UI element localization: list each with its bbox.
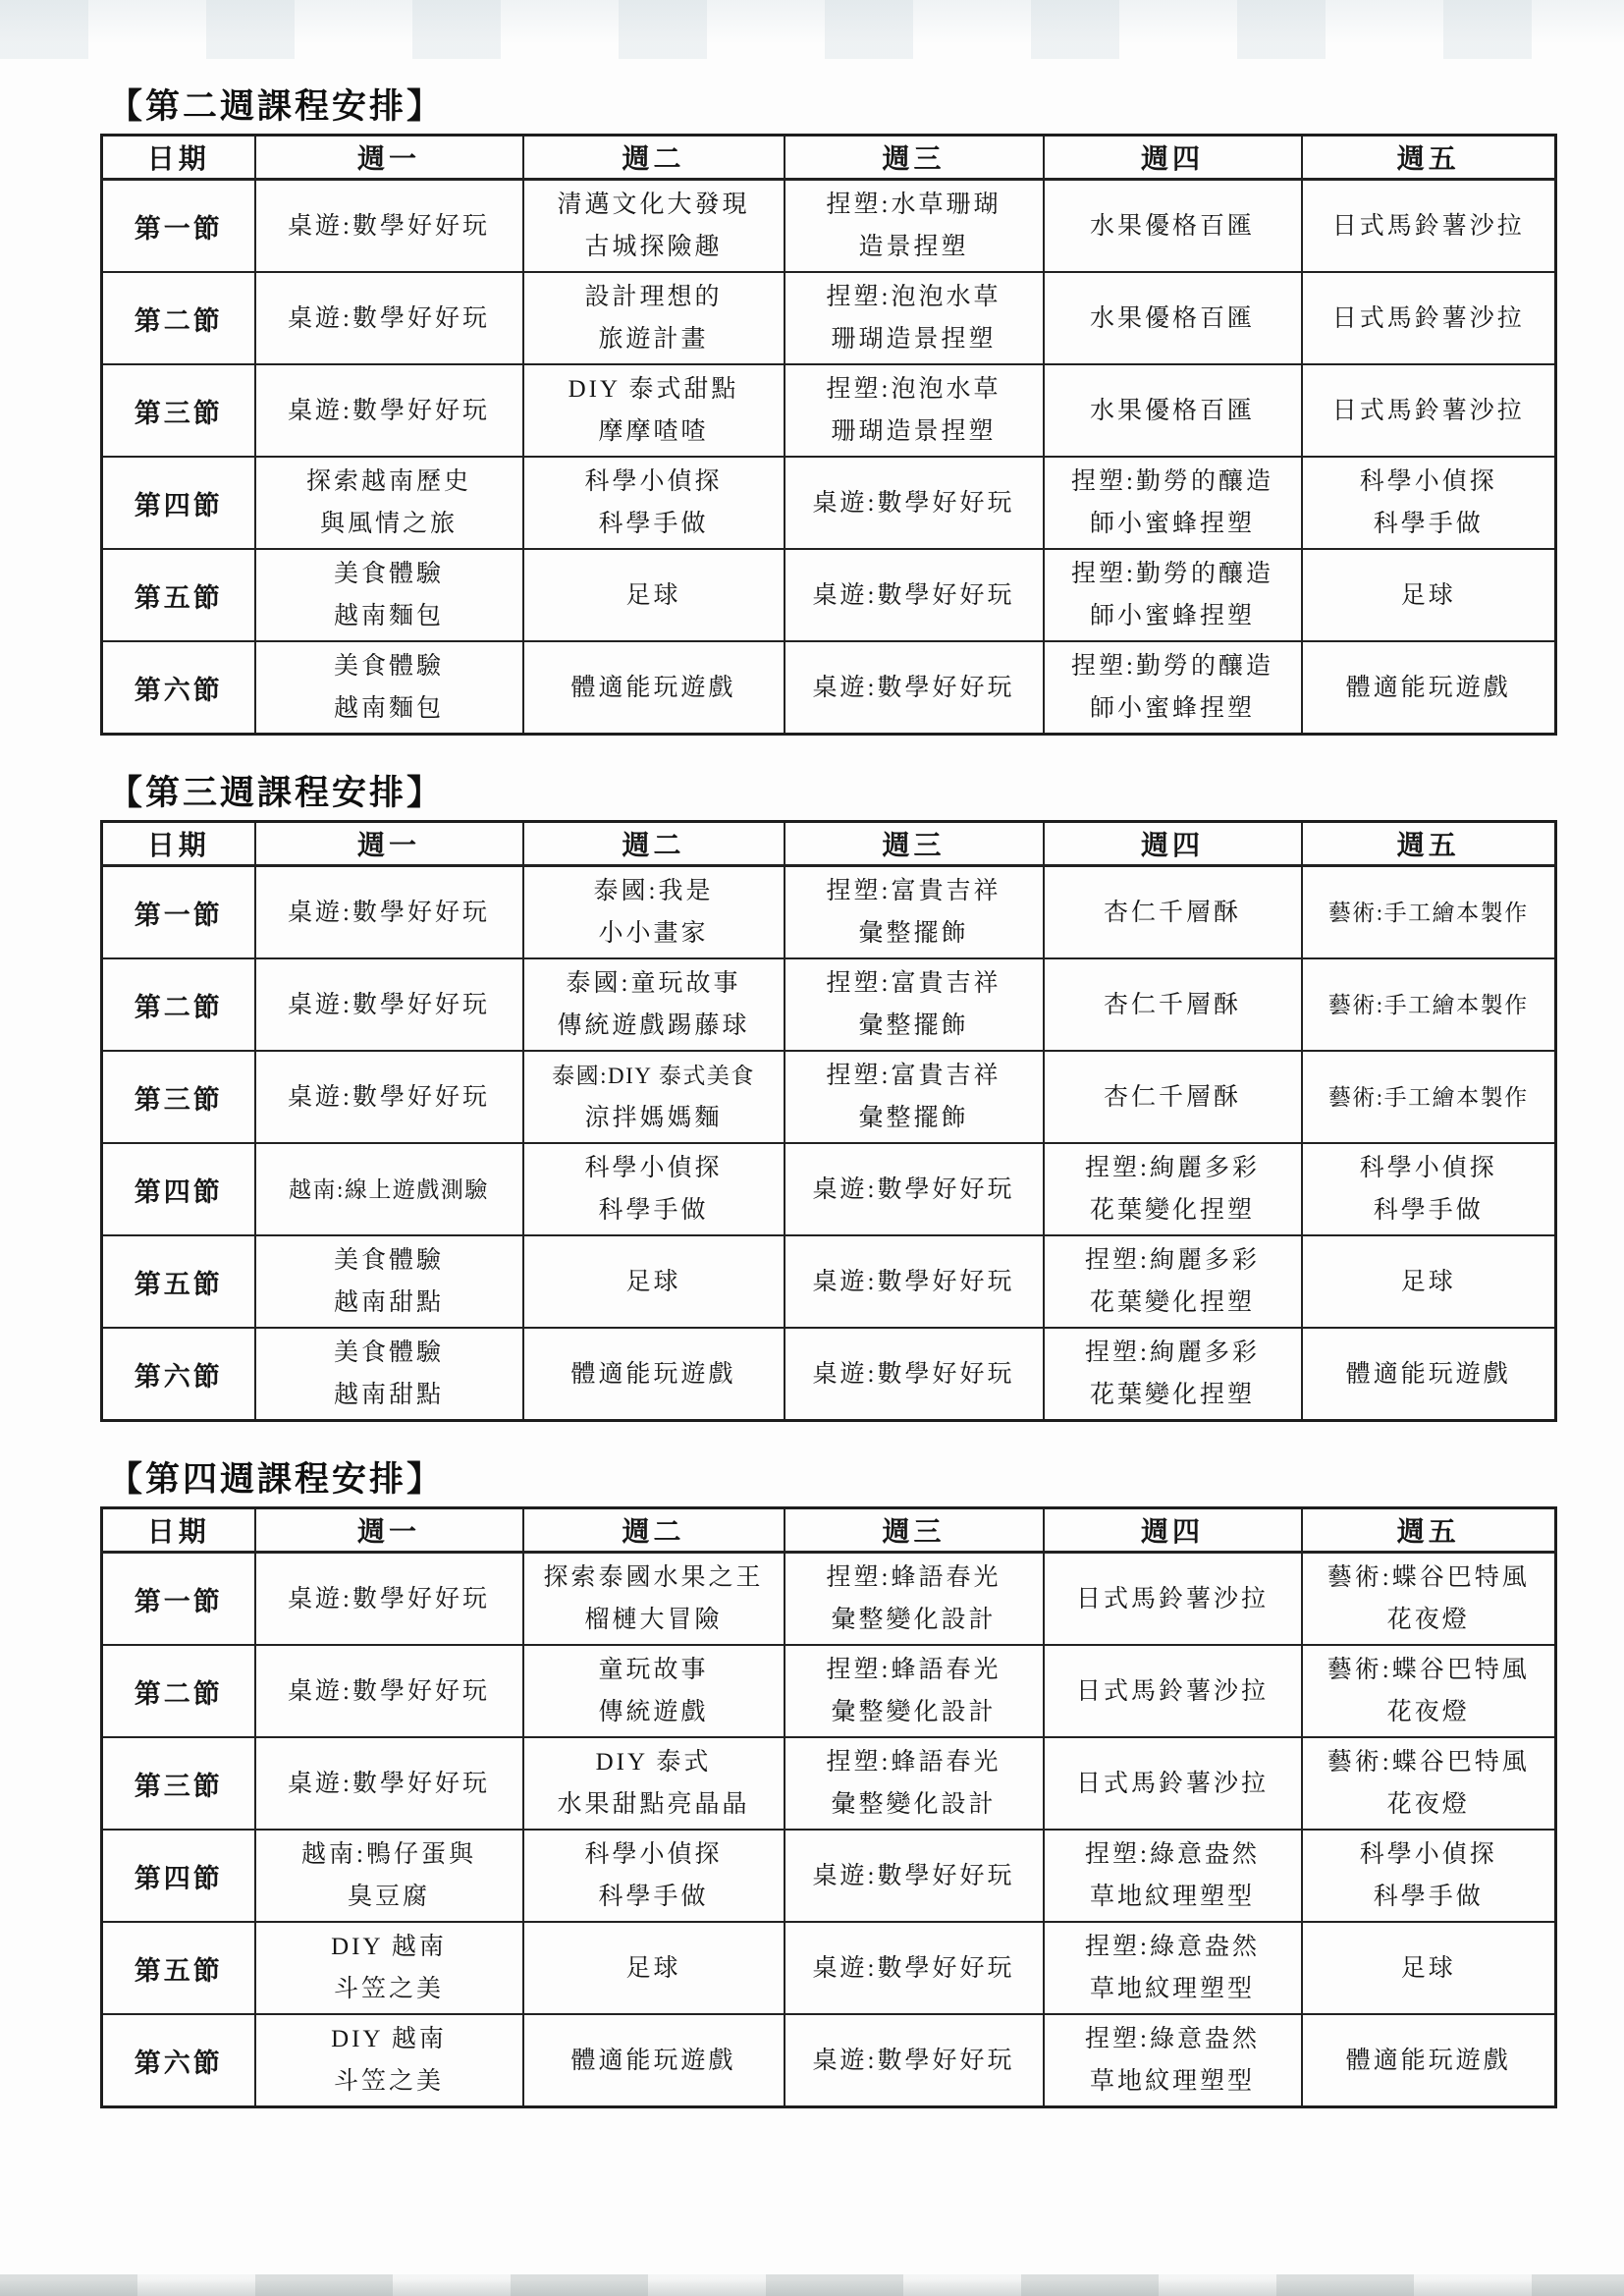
schedule-text-line: 傳統遊戲踢藤球 — [557, 1012, 749, 1039]
schedule-cell: 水果優格百匯 — [1044, 272, 1302, 364]
schedule-cell-content: 日式馬鈴薯沙拉 — [1045, 1646, 1301, 1736]
column-header-5: 週五 — [1302, 1508, 1556, 1553]
schedule-cell-content: 體適能玩遊戲 — [524, 2015, 784, 2105]
schedule-cell: 捏塑:泡泡水草珊瑚造景捏塑 — [785, 272, 1044, 364]
schedule-cell: DIY 越南斗笠之美 — [255, 2014, 523, 2107]
schedule-cell: DIY 泰式甜點摩摩喳喳 — [523, 364, 785, 457]
schedule-text-line: 美食體驗 — [334, 1247, 444, 1274]
schedule-text-line: 彙整擺飾 — [858, 1105, 968, 1131]
period-cell: 第一節 — [102, 1553, 255, 1646]
schedule-text-line: 摩摩喳喳 — [598, 418, 708, 445]
table-row: 第一節桌遊:數學好好玩清邁文化大發現古城探險趣捏塑:水草珊瑚造景捏塑水果優格百匯… — [102, 180, 1556, 273]
schedule-cell-content: 藝術:蝶谷巴特風花夜燈 — [1303, 1738, 1555, 1829]
schedule-cell-content: 足球 — [524, 550, 784, 640]
schedule-cell: 體適能玩遊戲 — [523, 1328, 785, 1421]
schedule-text-line: 探索越南歷史 — [306, 468, 471, 495]
schedule-text-line: 科學手做 — [598, 1884, 708, 1910]
schedule-text-line: 捏塑:勤勞的釀造 — [1071, 468, 1273, 495]
schedule-cell: 足球 — [1302, 1235, 1556, 1328]
scanned-schedule-page: 【第二週課程安排】日期週一週二週三週四週五第一節桌遊:數學好好玩清邁文化大發現古… — [0, 0, 1624, 2296]
schedule-text-line: 師小蜜蜂捏塑 — [1090, 511, 1255, 537]
schedule-cell-content: DIY 越南斗笠之美 — [256, 2015, 522, 2105]
schedule-cell: 泰國:童玩故事傳統遊戲踢藤球 — [523, 958, 785, 1051]
schedule-cell-content: 科學小偵探科學手做 — [1303, 458, 1555, 548]
schedule-text-line: 造景捏塑 — [858, 234, 968, 260]
schedule-cell-content: 藝術:蝶谷巴特風花夜燈 — [1303, 1554, 1555, 1644]
schedule-cell: 桌遊:數學好好玩 — [255, 180, 523, 273]
schedule-text-line: 花夜燈 — [1387, 1607, 1470, 1633]
schedule-text-line: 科學小偵探 — [584, 468, 722, 495]
schedule-cell-content: 藝術:手工繪本製作 — [1303, 1052, 1555, 1142]
schedule-text-line: 捏塑:綠意盎然 — [1085, 1841, 1260, 1868]
schedule-cell-content: 探索越南歷史與風情之旅 — [256, 458, 522, 548]
schedule-cell-content: 杏仁千層酥 — [1045, 867, 1301, 957]
column-header-3: 週三 — [785, 1508, 1044, 1553]
schedule-table-week2: 日期週一週二週三週四週五第一節桌遊:數學好好玩清邁文化大發現古城探險趣捏塑:水草… — [100, 134, 1557, 736]
schedule-cell: 捏塑:蜂語春光彙整變化設計 — [785, 1553, 1044, 1646]
schedule-text-line: 杏仁千層酥 — [1104, 900, 1241, 926]
schedule-cell: 足球 — [523, 1235, 785, 1328]
schedule-cell: 體適能玩遊戲 — [1302, 641, 1556, 735]
schedule-cell: 科學小偵探科學手做 — [523, 1830, 785, 1922]
column-header-1: 週一 — [255, 1508, 523, 1553]
schedule-cell-content: 桌遊:數學好好玩 — [785, 458, 1043, 548]
schedule-cell-content: 桌遊:數學好好玩 — [256, 365, 522, 456]
schedule-cell: 體適能玩遊戲 — [1302, 1328, 1556, 1421]
schedule-cell-content: 捏塑:勤勞的釀造師小蜜蜂捏塑 — [1045, 458, 1301, 548]
schedule-text-line: 水果甜點亮晶晶 — [557, 1791, 749, 1818]
schedule-cell: 桌遊:數學好好玩 — [785, 1328, 1044, 1421]
period-cell: 第一節 — [102, 180, 255, 273]
schedule-cell: 桌遊:數學好好玩 — [255, 1737, 523, 1830]
table-row: 第五節DIY 越南斗笠之美足球桌遊:數學好好玩捏塑:綠意盎然草地紋理塑型足球 — [102, 1922, 1556, 2014]
period-cell: 第四節 — [102, 457, 255, 549]
schedule-text-line: 彙整變化設計 — [831, 1699, 996, 1725]
schedule-cell: 童玩故事傳統遊戲 — [523, 1645, 785, 1737]
schedule-cell: 美食體驗越南甜點 — [255, 1235, 523, 1328]
period-cell: 第三節 — [102, 1737, 255, 1830]
column-header-0: 日期 — [102, 136, 255, 180]
schedule-text-line: 科學手做 — [598, 511, 708, 537]
schedule-cell-content: 美食體驗越南麵包 — [256, 642, 522, 733]
column-header-1: 週一 — [255, 822, 523, 866]
schedule-cell-content: 捏塑:綠意盎然草地紋理塑型 — [1045, 2015, 1301, 2105]
table-row: 第四節越南:鴨仔蛋與臭豆腐科學小偵探科學手做桌遊:數學好好玩捏塑:綠意盎然草地紋… — [102, 1830, 1556, 1922]
schedule-cell-content: 科學小偵探科學手做 — [1303, 1831, 1555, 1921]
schedule-text-line: 捏塑:富貴吉祥 — [827, 878, 1001, 904]
schedule-text-line: 小小畫家 — [598, 920, 708, 947]
schedule-text-line: 桌遊:數學好好玩 — [288, 1586, 490, 1613]
schedule-text-line: 旅遊計畫 — [598, 326, 708, 353]
schedule-text-line: 水果優格百匯 — [1090, 398, 1255, 424]
schedule-text-line: DIY 泰式甜點 — [568, 376, 739, 403]
schedule-text-line: 越南:線上遊戲測驗 — [289, 1176, 489, 1203]
header-row: 日期週一週二週三週四週五 — [102, 1508, 1556, 1553]
schedule-text-line: 斗笠之美 — [334, 1976, 444, 2002]
column-header-2: 週二 — [523, 822, 785, 866]
schedule-cell: 藝術:蝶谷巴特風花夜燈 — [1302, 1737, 1556, 1830]
table-row: 第三節桌遊:數學好好玩DIY 泰式甜點摩摩喳喳捏塑:泡泡水草珊瑚造景捏塑水果優格… — [102, 364, 1556, 457]
schedule-text-line: 越南麵包 — [334, 695, 444, 722]
schedule-cell: 捏塑:泡泡水草珊瑚造景捏塑 — [785, 364, 1044, 457]
schedule-cell: 日式馬鈴薯沙拉 — [1302, 272, 1556, 364]
schedule-text-line: 花葉變化捏塑 — [1090, 1289, 1255, 1316]
schedule-cell-content: 體適能玩遊戲 — [524, 642, 784, 733]
schedule-cell-content: 日式馬鈴薯沙拉 — [1303, 365, 1555, 456]
schedule-cell: 桌遊:數學好好玩 — [785, 2014, 1044, 2107]
table-row: 第一節桌遊:數學好好玩泰國:我是小小畫家捏塑:富貴吉祥彙整擺飾杏仁千層酥藝術:手… — [102, 866, 1556, 959]
table-row: 第四節越南:線上遊戲測驗科學小偵探科學手做桌遊:數學好好玩捏塑:絢麗多彩花葉變化… — [102, 1143, 1556, 1235]
schedule-text-line: 美食體驗 — [334, 653, 444, 680]
schedule-text-line: 珊瑚造景捏塑 — [831, 418, 996, 445]
schedule-text-line: 捏塑:綠意盎然 — [1085, 2026, 1260, 2052]
schedule-block-week4: 【第四週課程安排】日期週一週二週三週四週五第一節桌遊:數學好好玩探索泰國水果之王… — [100, 1461, 1554, 2108]
period-cell: 第四節 — [102, 1143, 255, 1235]
schedule-cell: 美食體驗越南麵包 — [255, 549, 523, 641]
schedule-cell-content: 桌遊:數學好好玩 — [256, 181, 522, 271]
schedule-cell-content: 泰國:DIY 泰式美食涼拌媽媽麵 — [524, 1052, 784, 1142]
schedule-cell-content: 日式馬鈴薯沙拉 — [1045, 1554, 1301, 1644]
schedule-cell-content: 桌遊:數學好好玩 — [785, 550, 1043, 640]
column-header-3: 週三 — [785, 822, 1044, 866]
schedule-text-line: 桌遊:數學好好玩 — [288, 213, 490, 240]
schedule-text-line: 越南甜點 — [334, 1289, 444, 1316]
header-row: 日期週一週二週三週四週五 — [102, 822, 1556, 866]
column-header-3: 週三 — [785, 136, 1044, 180]
schedule-cell: 足球 — [523, 1922, 785, 2014]
schedule-text-line: 探索泰國水果之王 — [543, 1564, 763, 1591]
schedule-text-line: 泰國:我是 — [594, 878, 714, 904]
schedule-text-line: 草地紋理塑型 — [1090, 2068, 1255, 2095]
schedule-text-line: DIY 越南 — [331, 1934, 447, 1960]
schedule-text-line: 體適能玩遊戲 — [570, 2048, 735, 2074]
schedule-cell: 日式馬鈴薯沙拉 — [1302, 180, 1556, 273]
schedule-text-line: 草地紋理塑型 — [1090, 1976, 1255, 2002]
schedule-cell: 足球 — [523, 549, 785, 641]
schedule-text-line: 越南甜點 — [334, 1382, 444, 1408]
schedule-cell: 設計理想的旅遊計畫 — [523, 272, 785, 364]
schedule-text-line: 體適能玩遊戲 — [570, 1361, 735, 1388]
schedule-text-line: DIY 越南 — [331, 2026, 447, 2052]
schedule-cell: 捏塑:綠意盎然草地紋理塑型 — [1044, 1922, 1302, 2014]
schedule-cell: 捏塑:水草珊瑚造景捏塑 — [785, 180, 1044, 273]
schedule-cell: 桌遊:數學好好玩 — [255, 364, 523, 457]
schedule-text-line: 桌遊:數學好好玩 — [813, 1863, 1015, 1889]
schedule-cell-content: 桌遊:數學好好玩 — [785, 2015, 1043, 2105]
schedule-text-line: DIY 泰式 — [596, 1749, 712, 1776]
schedule-cell-content: 越南:線上遊戲測驗 — [256, 1144, 522, 1234]
table-row: 第六節美食體驗越南麵包體適能玩遊戲桌遊:數學好好玩捏塑:勤勞的釀造師小蜜蜂捏塑體… — [102, 641, 1556, 735]
schedule-cell-content: 藝術:蝶谷巴特風花夜燈 — [1303, 1646, 1555, 1736]
schedule-cell: 捏塑:絢麗多彩花葉變化捏塑 — [1044, 1143, 1302, 1235]
column-header-4: 週四 — [1044, 136, 1302, 180]
schedule-text-line: 美食體驗 — [334, 1339, 444, 1366]
schedule-text-line: 日式馬鈴薯沙拉 — [1076, 1586, 1269, 1613]
schedule-cell-content: 捏塑:絢麗多彩花葉變化捏塑 — [1045, 1236, 1301, 1327]
schedule-text-line: 桌遊:數學好好玩 — [813, 490, 1015, 517]
schedule-cell: 越南:線上遊戲測驗 — [255, 1143, 523, 1235]
schedule-cell: 日式馬鈴薯沙拉 — [1044, 1737, 1302, 1830]
schedule-text-line: 桌遊:數學好好玩 — [813, 582, 1015, 609]
column-header-5: 週五 — [1302, 136, 1556, 180]
schedule-cell-content: 捏塑:絢麗多彩花葉變化捏塑 — [1045, 1144, 1301, 1234]
schedule-cell: 捏塑:富貴吉祥彙整擺飾 — [785, 958, 1044, 1051]
schedule-cell: 桌遊:數學好好玩 — [255, 272, 523, 364]
column-header-0: 日期 — [102, 822, 255, 866]
schedule-cell: 桌遊:數學好好玩 — [255, 1553, 523, 1646]
period-cell: 第四節 — [102, 1830, 255, 1922]
schedule-text-line: 桌遊:數學好好玩 — [813, 1176, 1015, 1203]
schedule-cell: 捏塑:綠意盎然草地紋理塑型 — [1044, 2014, 1302, 2107]
schedule-cell-content: 桌遊:數學好好玩 — [256, 273, 522, 363]
schedule-text-line: 桌遊:數學好好玩 — [813, 1269, 1015, 1295]
schedule-cell: 科學小偵探科學手做 — [1302, 457, 1556, 549]
schedule-cell-content: 體適能玩遊戲 — [1303, 2015, 1555, 2105]
schedule-cell: DIY 泰式水果甜點亮晶晶 — [523, 1737, 785, 1830]
schedule-cell: 杏仁千層酥 — [1044, 1051, 1302, 1143]
schedule-cell-content: 足球 — [1303, 1923, 1555, 2013]
schedule-text-line: 傳統遊戲 — [598, 1699, 708, 1725]
schedule-text-line: 桌遊:數學好好玩 — [813, 675, 1015, 701]
schedule-text-line: 捏塑:蜂語春光 — [827, 1657, 1001, 1683]
schedule-cell-content: 桌遊:數學好好玩 — [785, 1329, 1043, 1419]
schedule-cell-content: 桌遊:數學好好玩 — [256, 959, 522, 1050]
schedule-text-line: 斗笠之美 — [334, 2068, 444, 2095]
column-header-1: 週一 — [255, 136, 523, 180]
schedule-text-line: 捏塑:勤勞的釀造 — [1071, 561, 1273, 587]
schedule-cell: DIY 越南斗笠之美 — [255, 1922, 523, 2014]
schedule-cell: 藝術:手工繪本製作 — [1302, 958, 1556, 1051]
schedule-text-line: 足球 — [1401, 582, 1456, 609]
schedule-cell-content: 桌遊:數學好好玩 — [785, 1923, 1043, 2013]
schedule-cell-content: 杏仁千層酥 — [1045, 1052, 1301, 1142]
schedule-text-line: 科學手做 — [1374, 511, 1484, 537]
schedule-title-week3: 【第三週課程安排】 — [108, 775, 1554, 812]
column-header-5: 週五 — [1302, 822, 1556, 866]
schedule-text-line: 捏塑:蜂語春光 — [827, 1564, 1001, 1591]
schedule-text-line: 師小蜜蜂捏塑 — [1090, 603, 1255, 629]
schedule-cell: 體適能玩遊戲 — [523, 641, 785, 735]
schedule-table-week4: 日期週一週二週三週四週五第一節桌遊:數學好好玩探索泰國水果之王榴槤大冒險捏塑:蜂… — [100, 1506, 1557, 2108]
schedule-text-line: 捏塑:勤勞的釀造 — [1071, 653, 1273, 680]
period-cell: 第六節 — [102, 1328, 255, 1421]
period-cell: 第二節 — [102, 958, 255, 1051]
schedule-text-line: 桌遊:數學好好玩 — [288, 1678, 490, 1705]
schedule-text-line: 花夜燈 — [1387, 1791, 1470, 1818]
schedule-text-line: 桌遊:數學好好玩 — [288, 1771, 490, 1797]
schedule-text-line: 體適能玩遊戲 — [1346, 2048, 1511, 2074]
schedule-cell: 科學小偵探科學手做 — [523, 457, 785, 549]
schedule-cell-content: 捏塑:綠意盎然草地紋理塑型 — [1045, 1923, 1301, 2013]
schedule-cell: 越南:鴨仔蛋與臭豆腐 — [255, 1830, 523, 1922]
scan-artifact-bottom — [0, 2274, 1624, 2296]
schedule-text-line: 越南麵包 — [334, 603, 444, 629]
column-header-4: 週四 — [1044, 1508, 1302, 1553]
schedule-cell: 桌遊:數學好好玩 — [785, 1830, 1044, 1922]
schedule-text-line: 杏仁千層酥 — [1104, 1084, 1241, 1111]
schedule-cell-content: 足球 — [1303, 1236, 1555, 1327]
schedule-text-line: 桌遊:數學好好玩 — [288, 1084, 490, 1111]
schedule-text-line: 體適能玩遊戲 — [570, 675, 735, 701]
schedule-cell: 桌遊:數學好好玩 — [255, 866, 523, 959]
schedule-cell: 體適能玩遊戲 — [1302, 2014, 1556, 2107]
schedule-cell-content: 捏塑:絢麗多彩花葉變化捏塑 — [1045, 1329, 1301, 1419]
schedule-text-line: 水果優格百匯 — [1090, 213, 1255, 240]
schedule-cell-content: 水果優格百匯 — [1045, 181, 1301, 271]
schedule-cell-content: 足球 — [1303, 550, 1555, 640]
period-cell: 第一節 — [102, 866, 255, 959]
schedule-text-line: 花葉變化捏塑 — [1090, 1382, 1255, 1408]
schedule-cell-content: 桌遊:數學好好玩 — [785, 642, 1043, 733]
period-cell: 第三節 — [102, 1051, 255, 1143]
schedule-cell: 捏塑:勤勞的釀造師小蜜蜂捏塑 — [1044, 549, 1302, 641]
schedule-title-week2: 【第二週課程安排】 — [108, 88, 1554, 126]
schedule-cell-content: 清邁文化大發現古城探險趣 — [524, 181, 784, 271]
schedule-text-line: 藝術:蝶谷巴特風 — [1327, 1657, 1530, 1683]
schedule-text-line: 捏塑:絢麗多彩 — [1085, 1339, 1260, 1366]
schedule-text-line: 科學小偵探 — [584, 1841, 722, 1868]
period-cell: 第六節 — [102, 641, 255, 735]
schedule-cell-content: 捏塑:蜂語春光彙整變化設計 — [785, 1646, 1043, 1736]
schedule-cell-content: 捏塑:泡泡水草珊瑚造景捏塑 — [785, 273, 1043, 363]
schedule-text-line: 科學手做 — [1374, 1884, 1484, 1910]
schedule-text-line: 桌遊:數學好好玩 — [813, 1955, 1015, 1982]
schedule-cell: 桌遊:數學好好玩 — [255, 1051, 523, 1143]
schedule-cell-content: 杏仁千層酥 — [1045, 959, 1301, 1050]
schedule-text-line: 科學小偵探 — [1360, 468, 1497, 495]
schedule-text-line: 古城探險趣 — [584, 234, 722, 260]
schedule-cell: 捏塑:綠意盎然草地紋理塑型 — [1044, 1830, 1302, 1922]
schedule-cell-content: 足球 — [524, 1236, 784, 1327]
schedule-text-line: 藝術:蝶谷巴特風 — [1327, 1564, 1530, 1591]
schedule-text-line: 花夜燈 — [1387, 1699, 1470, 1725]
schedule-cell-content: 水果優格百匯 — [1045, 365, 1301, 456]
schedule-cell: 藝術:手工繪本製作 — [1302, 1051, 1556, 1143]
schedule-cell-content: 足球 — [524, 1923, 784, 2013]
schedule-text-line: 捏塑:絢麗多彩 — [1085, 1155, 1260, 1181]
schedule-cell-content: DIY 泰式甜點摩摩喳喳 — [524, 365, 784, 456]
schedule-text-line: 美食體驗 — [334, 561, 444, 587]
schedule-text-line: 科學小偵探 — [584, 1155, 722, 1181]
schedule-text-line: 桌遊:數學好好玩 — [813, 1361, 1015, 1388]
schedule-cell: 桌遊:數學好好玩 — [785, 1235, 1044, 1328]
schedule-cell: 科學小偵探科學手做 — [1302, 1143, 1556, 1235]
schedule-cell: 捏塑:蜂語春光彙整變化設計 — [785, 1737, 1044, 1830]
schedule-cell-content: 美食體驗越南甜點 — [256, 1236, 522, 1327]
schedule-cell-content: 科學小偵探科學手做 — [524, 1144, 784, 1234]
schedule-cell: 藝術:手工繪本製作 — [1302, 866, 1556, 959]
schedule-cell: 水果優格百匯 — [1044, 364, 1302, 457]
schedule-cell: 桌遊:數學好好玩 — [785, 549, 1044, 641]
schedule-cell: 捏塑:絢麗多彩花葉變化捏塑 — [1044, 1328, 1302, 1421]
schedule-cell: 杏仁千層酥 — [1044, 958, 1302, 1051]
schedule-text-line: 捏塑:絢麗多彩 — [1085, 1247, 1260, 1274]
schedule-text-line: 足球 — [625, 582, 680, 609]
schedule-text-line: 藝術:手工繪本製作 — [1328, 900, 1529, 926]
schedule-text-line: 臭豆腐 — [348, 1884, 430, 1910]
schedule-cell-content: DIY 越南斗笠之美 — [256, 1923, 522, 2013]
schedule-text-line: 科學小偵探 — [1360, 1841, 1497, 1868]
schedule-text-line: 草地紋理塑型 — [1090, 1884, 1255, 1910]
schedule-cell-content: 桌遊:數學好好玩 — [785, 1144, 1043, 1234]
schedule-cell: 藝術:蝶谷巴特風花夜燈 — [1302, 1553, 1556, 1646]
schedule-cell: 藝術:蝶谷巴特風花夜燈 — [1302, 1645, 1556, 1737]
schedule-cell: 桌遊:數學好好玩 — [785, 457, 1044, 549]
table-row: 第五節美食體驗越南麵包足球桌遊:數學好好玩捏塑:勤勞的釀造師小蜜蜂捏塑足球 — [102, 549, 1556, 641]
schedule-text-line: 榴槤大冒險 — [584, 1607, 722, 1633]
table-row: 第三節桌遊:數學好好玩泰國:DIY 泰式美食涼拌媽媽麵捏塑:富貴吉祥彙整擺飾杏仁… — [102, 1051, 1556, 1143]
schedule-cell-content: 桌遊:數學好好玩 — [785, 1831, 1043, 1921]
schedule-text-line: 體適能玩遊戲 — [1346, 675, 1511, 701]
schedule-cell: 泰國:我是小小畫家 — [523, 866, 785, 959]
schedule-text-line: 藝術:手工繪本製作 — [1328, 992, 1529, 1018]
schedule-cell-content: 捏塑:勤勞的釀造師小蜜蜂捏塑 — [1045, 642, 1301, 733]
period-cell: 第五節 — [102, 1922, 255, 2014]
schedule-cell-content: 日式馬鈴薯沙拉 — [1303, 273, 1555, 363]
schedule-text-line: 師小蜜蜂捏塑 — [1090, 695, 1255, 722]
schedule-cell-content: 日式馬鈴薯沙拉 — [1303, 181, 1555, 271]
schedule-cell: 杏仁千層酥 — [1044, 866, 1302, 959]
schedule-text-line: 桌遊:數學好好玩 — [288, 900, 490, 926]
schedule-cell: 美食體驗越南麵包 — [255, 641, 523, 735]
schedule-text-line: 涼拌媽媽麵 — [584, 1105, 722, 1131]
schedule-cell: 科學小偵探科學手做 — [1302, 1830, 1556, 1922]
schedule-cell: 美食體驗越南甜點 — [255, 1328, 523, 1421]
schedule-cell: 桌遊:數學好好玩 — [255, 958, 523, 1051]
schedule-cell: 桌遊:數學好好玩 — [785, 1922, 1044, 2014]
schedule-cell-content: 桌遊:數學好好玩 — [256, 1554, 522, 1644]
schedule-text-line: 日式馬鈴薯沙拉 — [1076, 1771, 1269, 1797]
schedule-text-line: 桌遊:數學好好玩 — [288, 398, 490, 424]
schedule-cell: 日式馬鈴薯沙拉 — [1044, 1645, 1302, 1737]
schedule-text-line: 日式馬鈴薯沙拉 — [1332, 305, 1525, 332]
schedule-text-line: 足球 — [1401, 1955, 1456, 1982]
schedule-cell-content: 科學小偵探科學手做 — [524, 1831, 784, 1921]
schedule-cell: 捏塑:蜂語春光彙整變化設計 — [785, 1645, 1044, 1737]
schedule-cell: 體適能玩遊戲 — [523, 2014, 785, 2107]
schedule-text-line: 捏塑:泡泡水草 — [827, 376, 1001, 403]
schedule-text-line: 泰國:童玩故事 — [567, 970, 741, 997]
schedule-cell-content: 捏塑:富貴吉祥彙整擺飾 — [785, 1052, 1043, 1142]
schedule-text-line: 桌遊:數學好好玩 — [813, 2048, 1015, 2074]
schedule-text-line: 日式馬鈴薯沙拉 — [1332, 398, 1525, 424]
schedule-cell-content: 童玩故事傳統遊戲 — [524, 1646, 784, 1736]
schedule-text-line: 日式馬鈴薯沙拉 — [1332, 213, 1525, 240]
schedule-block-week3: 【第三週課程安排】日期週一週二週三週四週五第一節桌遊:數學好好玩泰國:我是小小畫… — [100, 775, 1554, 1422]
schedule-text-line: 花葉變化捏塑 — [1090, 1197, 1255, 1224]
schedule-title-week4: 【第四週課程安排】 — [108, 1461, 1554, 1499]
schedule-text-line: 捏塑:富貴吉祥 — [827, 970, 1001, 997]
schedule-cell-content: 泰國:童玩故事傳統遊戲踢藤球 — [524, 959, 784, 1050]
table-row: 第一節桌遊:數學好好玩探索泰國水果之王榴槤大冒險捏塑:蜂語春光彙整變化設計日式馬… — [102, 1553, 1556, 1646]
schedule-cell: 探索越南歷史與風情之旅 — [255, 457, 523, 549]
schedule-cell-content: 桌遊:數學好好玩 — [785, 1236, 1043, 1327]
schedule-cell: 探索泰國水果之王榴槤大冒險 — [523, 1553, 785, 1646]
schedule-cell: 捏塑:勤勞的釀造師小蜜蜂捏塑 — [1044, 641, 1302, 735]
schedule-cell: 日式馬鈴薯沙拉 — [1302, 364, 1556, 457]
schedule-cell-content: 捏塑:富貴吉祥彙整擺飾 — [785, 867, 1043, 957]
schedule-cell-content: 體適能玩遊戲 — [524, 1329, 784, 1419]
period-cell: 第六節 — [102, 2014, 255, 2107]
schedule-cell-content: 日式馬鈴薯沙拉 — [1045, 1738, 1301, 1829]
period-cell: 第五節 — [102, 549, 255, 641]
table-row: 第五節美食體驗越南甜點足球桌遊:數學好好玩捏塑:絢麗多彩花葉變化捏塑足球 — [102, 1235, 1556, 1328]
schedule-cell-content: 科學小偵探科學手做 — [524, 458, 784, 548]
table-row: 第四節探索越南歷史與風情之旅科學小偵探科學手做桌遊:數學好好玩捏塑:勤勞的釀造師… — [102, 457, 1556, 549]
schedule-cell: 足球 — [1302, 549, 1556, 641]
column-header-4: 週四 — [1044, 822, 1302, 866]
schedule-text-line: 日式馬鈴薯沙拉 — [1076, 1678, 1269, 1705]
